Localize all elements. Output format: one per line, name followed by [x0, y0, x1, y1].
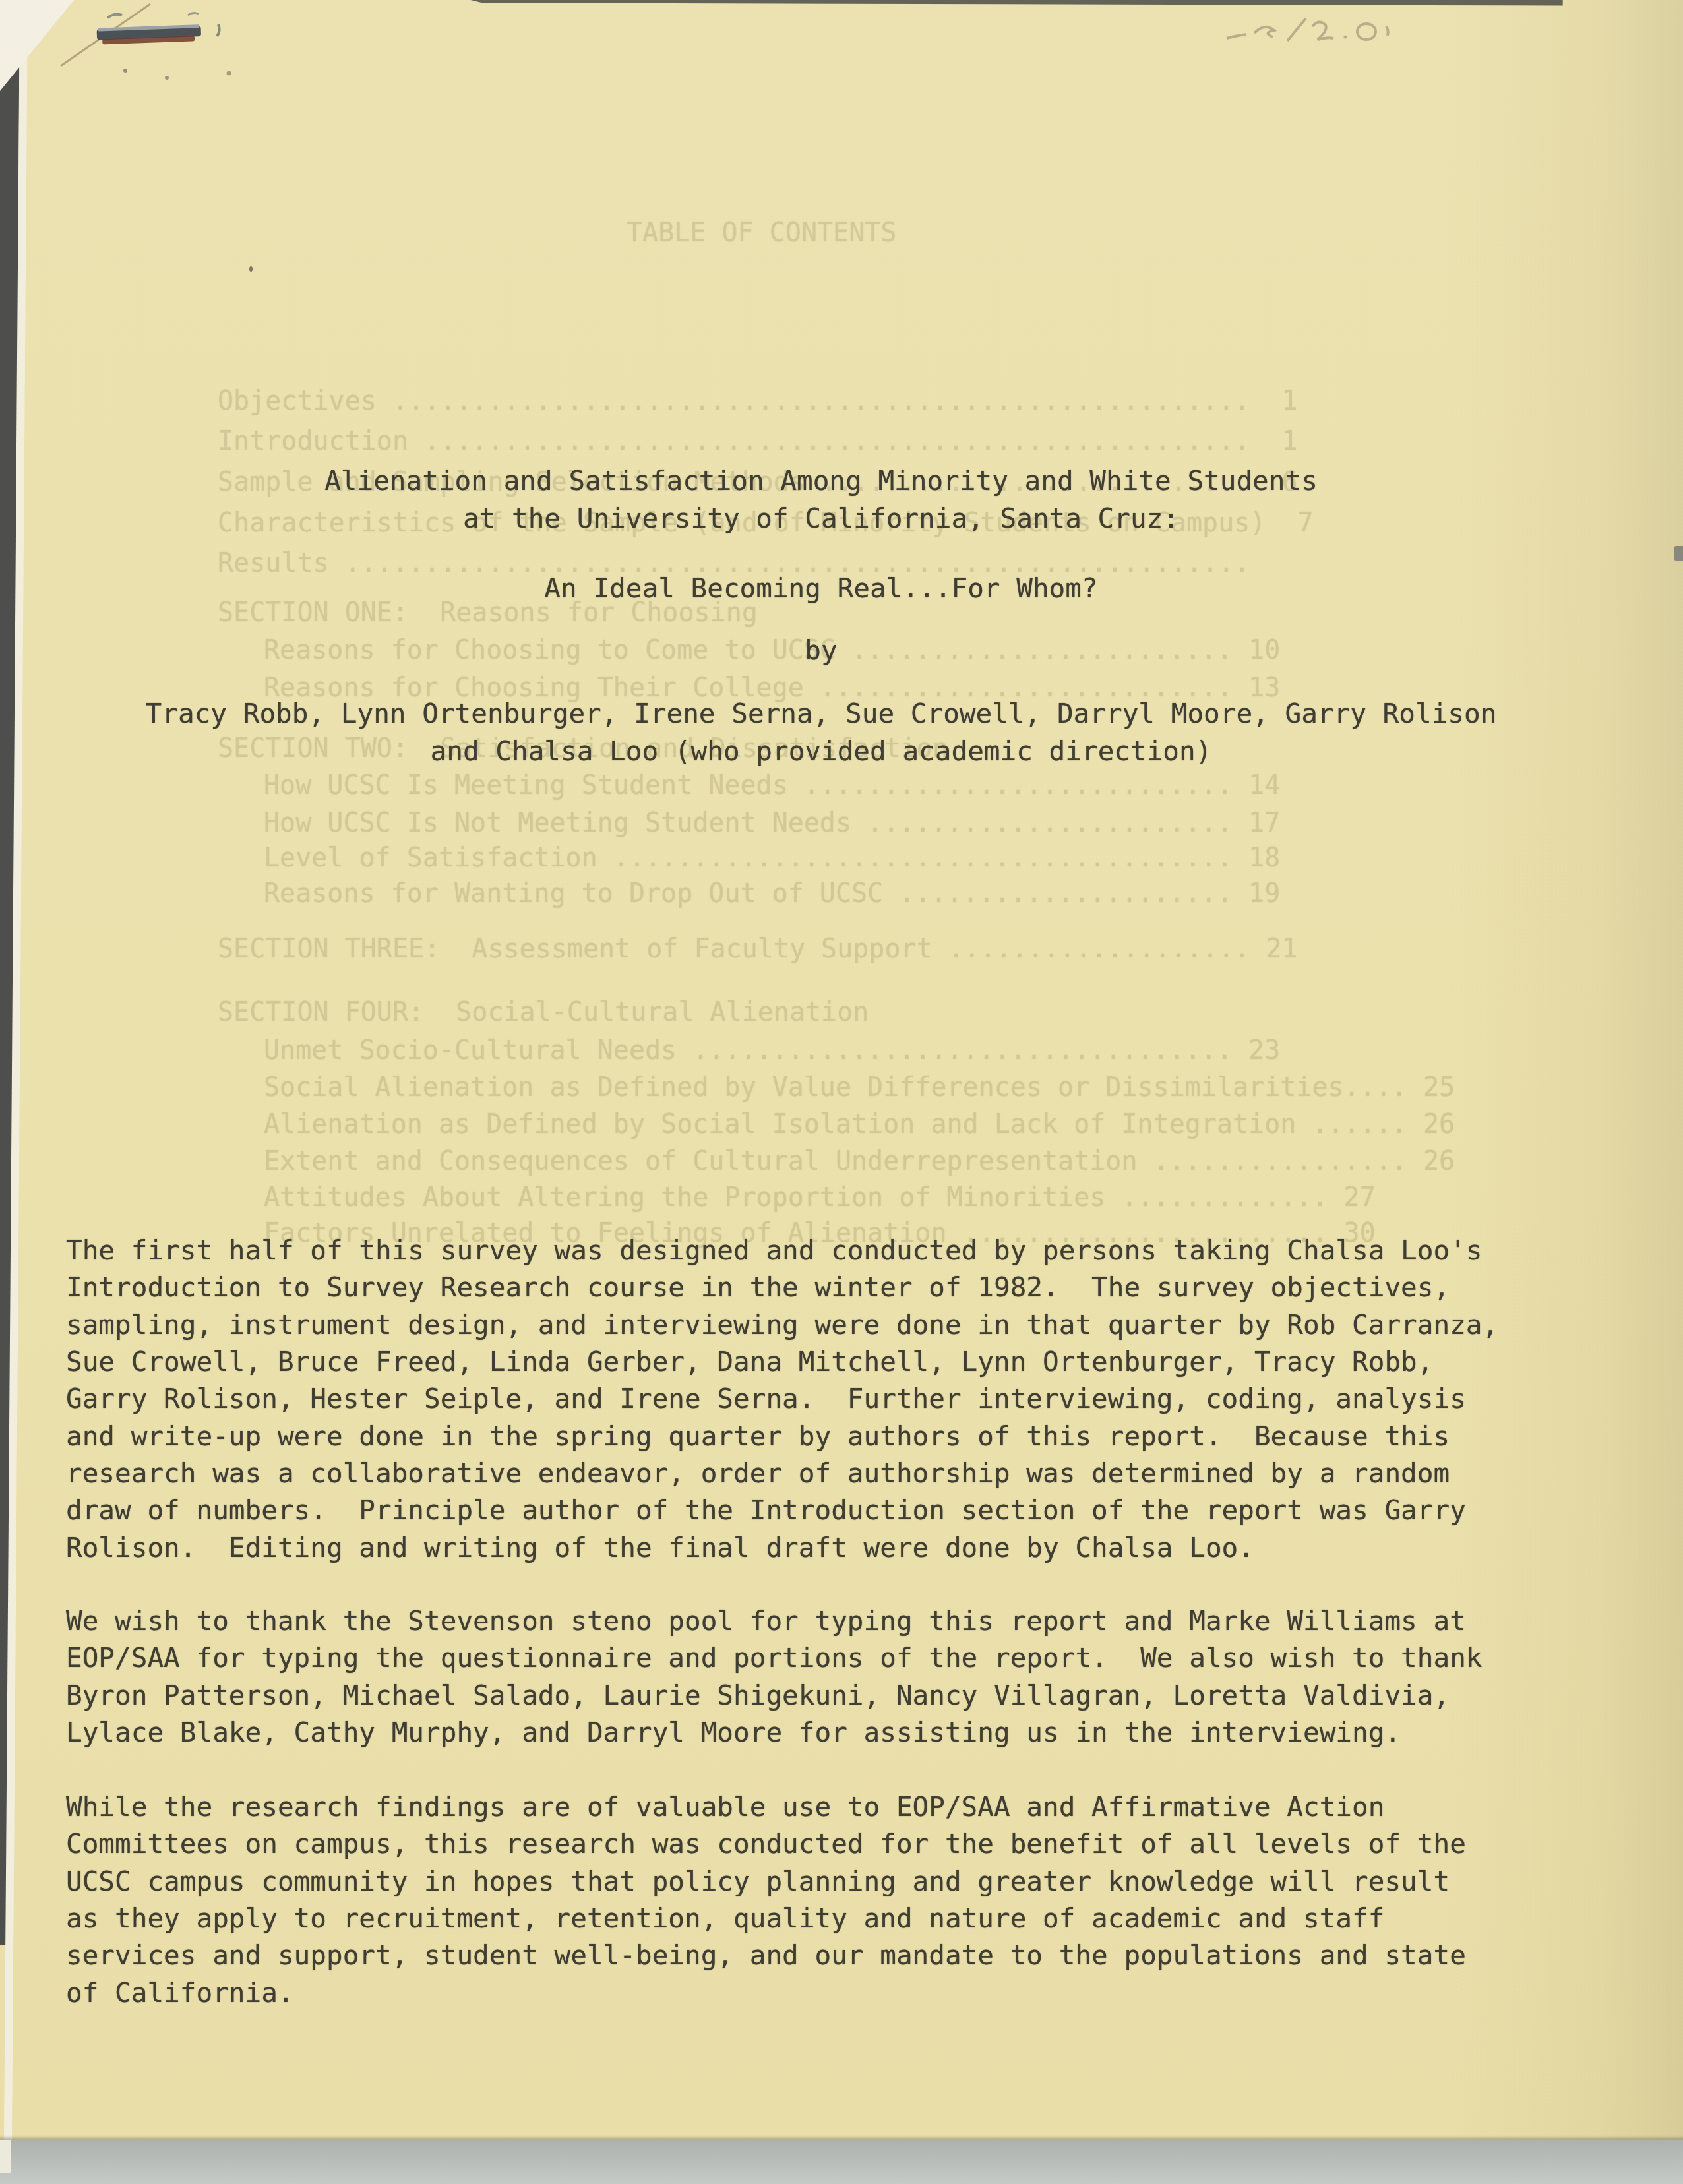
report-title-line1: Alienation and Satisfaction Among Minori…: [66, 465, 1576, 497]
scan-left-edge-shadow: [0, 0, 30, 2140]
body-line: draw of numbers. Principle author of the…: [66, 1492, 1466, 1529]
ghost-toc-line: Alienation as Defined by Social Isolatio…: [264, 1109, 1455, 1139]
ghost-toc-line: Introduction ...........................…: [218, 426, 1298, 456]
body-line: While the research findings are of valua…: [66, 1788, 1384, 1826]
body-line: We wish to thank the Stevenson steno poo…: [66, 1602, 1466, 1640]
body-line: UCSC campus community in hopes that poli…: [66, 1863, 1450, 1900]
ghost-toc-line: Reasons for Wanting to Drop Out of UCSC …: [264, 878, 1280, 909]
authors-line2: and Chalsa Loo (who provided academic di…: [66, 735, 1576, 767]
ink-speckle: [249, 266, 253, 272]
ghost-toc-line: Extent and Consequences of Cultural Unde…: [264, 1146, 1455, 1176]
body-line: EOP/SAA for typing the questionnaire and…: [66, 1639, 1483, 1677]
scan-right-edge-mark: [1674, 546, 1683, 561]
body-line: Introduction to Survey Research course i…: [66, 1269, 1450, 1306]
body-line: research was a collaborative endeavor, o…: [66, 1455, 1450, 1492]
ghost-toc-header: TABLE OF CONTENTS: [627, 218, 896, 248]
report-subtitle: An Ideal Becoming Real...For Whom?: [66, 572, 1576, 604]
ghost-toc-line: SECTION THREE: Assessment of Faculty Sup…: [218, 934, 1298, 964]
body-line: of California.: [66, 1974, 294, 2012]
body-line: Rolison. Editing and writing of the fina…: [66, 1529, 1254, 1567]
ghost-toc-line: How UCSC Is Not Meeting Student Needs ..…: [264, 808, 1280, 838]
ghost-toc-line: SECTION FOUR: Social-Cultural Alienation: [218, 997, 869, 1027]
ghost-toc-line: Social Alienation as Defined by Value Di…: [264, 1072, 1455, 1103]
body-line: Lylace Blake, Cathy Murphy, and Darryl M…: [66, 1714, 1401, 1751]
scanner-bed-background: [0, 2140, 1683, 2184]
body-line: The first half of this survey was design…: [66, 1232, 1483, 1269]
pencil-annotation: [1213, 7, 1438, 59]
ghost-toc-line: How UCSC Is Meeting Student Needs ......…: [264, 770, 1280, 801]
authors-line1: Tracy Robb, Lynn Ortenburger, Irene Sern…: [66, 698, 1576, 729]
byline: by: [66, 634, 1576, 666]
ghost-toc-line: Level of Satisfaction ..................…: [264, 843, 1280, 873]
body-line: Committees on campus, this research was …: [66, 1825, 1466, 1863]
bottom-left-paper-sliver: [0, 2140, 11, 2173]
body-line: Byron Patterson, Michael Salado, Laurie …: [66, 1677, 1450, 1714]
body-line: Sue Crowell, Bruce Freed, Linda Gerber, …: [66, 1343, 1433, 1381]
staple: [89, 10, 241, 82]
body-line: as they apply to recruitment, retention,…: [66, 1900, 1384, 1937]
ghost-toc-line: Unmet Socio-Cultural Needs .............…: [264, 1035, 1280, 1066]
body-line: sampling, instrument design, and intervi…: [66, 1306, 1498, 1344]
body-line: and write-up were done in the spring qua…: [66, 1418, 1450, 1455]
ghost-toc-line: Attitudes About Altering the Proportion …: [264, 1182, 1376, 1213]
scanned-page: TABLE OF CONTENTS Objectives ...........…: [0, 0, 1683, 2184]
body-line: services and support, student well-being…: [66, 1937, 1466, 1974]
report-title-line2: at the University of California, Santa C…: [66, 502, 1576, 534]
body-line: Garry Rolison, Hester Seiple, and Irene …: [66, 1380, 1466, 1418]
ghost-toc-line: Objectives .............................…: [218, 386, 1298, 416]
